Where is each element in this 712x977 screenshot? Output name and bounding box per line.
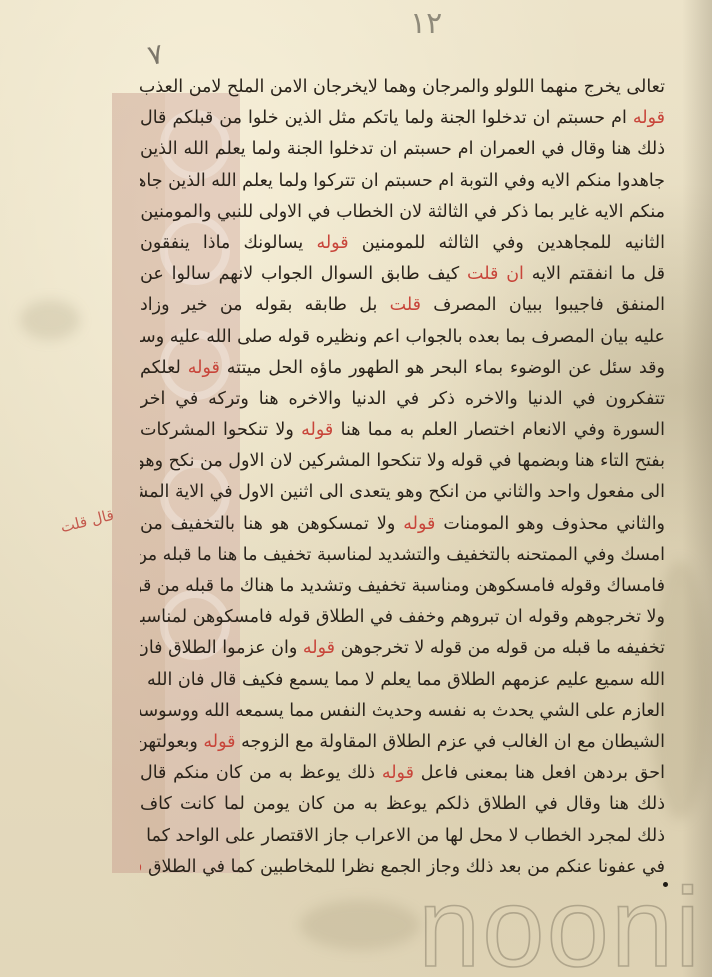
text-line: تخفيفه ما قبله من قوله من قوله لا تخرجوه… — [140, 633, 665, 664]
text-run: والثاني محذوف وهو المومنات — [435, 514, 665, 534]
text-run: العازم على الشي يحدث به نفسه وحديث النفس… — [140, 701, 665, 721]
text-run: تتفكرون في الدنيا والاخره ذكر في الدنيا … — [140, 389, 665, 409]
text-run: جاهدوا منكم الايه وفي التوبة ام حسبتم ان… — [140, 171, 665, 191]
rubric-word: قوله — [382, 763, 414, 783]
text-run: الشيطان مع ان الغالب في عزم الطلاق المقا… — [236, 732, 665, 752]
text-line: والثاني محذوف وهو المومنات قوله ولا تمسك… — [140, 509, 665, 540]
rubric-word: قوله — [633, 108, 665, 128]
text-line: ذلك هنا وقال في الطلاق ذلكم يوعظ به من ك… — [140, 789, 665, 820]
text-line: العازم على الشي يحدث به نفسه وحديث النفس… — [140, 696, 665, 727]
text-run: وبعولتهن — [140, 732, 203, 752]
text-run: ولا تمسكوهن هو هنا بالتخفيف من — [140, 514, 403, 534]
text-run: بل طابقه بقوله من خير وزاد — [140, 295, 390, 315]
text-run: الثانيه للمجاهدين وفي الثالثه للمومنين — [349, 233, 665, 253]
folio-number: ١٢ — [410, 6, 442, 41]
text-line: جاهدوا منكم الايه وفي التوبة ام حسبتم ان… — [140, 166, 665, 197]
text-run: تعالى يخرج منهما اللولو والمرجان وهما لا… — [140, 77, 665, 97]
manuscript-text: تعالى يخرج منهما اللولو والمرجان وهما لا… — [140, 72, 665, 883]
text-run: ولا تنكحوا المشركات — [140, 420, 301, 440]
text-line: بفتح التاء هنا وبضمها في قوله ولا تنكحوا… — [140, 446, 665, 477]
rubric-word: قوله — [301, 420, 333, 440]
text-run: منكم الايه غاير بما ذكر في الثالثة لان ا… — [140, 202, 665, 222]
text-run: وان عزموا الطلاق فان — [140, 638, 303, 658]
text-line: تتفكرون في الدنيا والاخره ذكر في الدنيا … — [140, 384, 665, 415]
text-line: وقد سئل عن الوضوء بماء البحر هو الطهور م… — [140, 353, 665, 384]
text-run: بفتح التاء هنا وبضمها في قوله ولا تنكحوا… — [140, 451, 665, 471]
text-run: الى مفعول واحد والثاني من انكح وهو يتعدى… — [140, 482, 665, 502]
rubric-word: قوله — [188, 358, 220, 378]
manuscript-page: ١٢ ٧ تعالى يخرج منهما اللولو والمرجان وه… — [0, 0, 712, 977]
text-run: كيف طابق السوال الجواب لانهم سالوا عن — [140, 264, 467, 284]
text-line: منكم الايه غاير بما ذكر في الثالثة لان ا… — [140, 197, 665, 228]
rubric-word: ان قلت — [467, 264, 524, 284]
text-run: فامساك وقوله فامسكوهن ومناسبة تخفيف وتشد… — [140, 576, 665, 596]
publisher-watermark: nooni — [418, 872, 702, 977]
text-run: امسك وفي الممتحنه بالتخفيف والتشديد لمنا… — [140, 545, 665, 565]
text-run: ذلك لمجرد الخطاب لا محل لها من الاعراب ج… — [140, 826, 665, 846]
text-run: عليه بيان المصرف بما بعده بالجواب اعم ون… — [140, 327, 665, 347]
text-run: السورة وفي الانعام اختصار العلم به مما ه… — [333, 420, 665, 440]
text-line: ذلك لمجرد الخطاب لا محل لها من الاعراب ج… — [140, 821, 665, 852]
text-run: ذلك يوعظ به من كان منكم قال — [140, 763, 382, 783]
text-run: ام حسبتم ان تدخلوا الجنة ولما ياتكم مثل … — [140, 108, 633, 128]
text-line: تعالى يخرج منهما اللولو والمرجان وهما لا… — [140, 72, 665, 103]
rubric-word: قوله — [203, 732, 235, 752]
text-line: السورة وفي الانعام اختصار العلم به مما ه… — [140, 415, 665, 446]
text-line: قوله ام حسبتم ان تدخلوا الجنة ولما ياتكم… — [140, 103, 665, 134]
text-run: ولا تخرجوهم وقوله ان تبروهم وخفف في الطل… — [140, 607, 665, 627]
text-line: ذلك هنا وقال في العمران ام حسبتم ان تدخل… — [140, 134, 665, 165]
text-run: ذلك هنا وقال في الطلاق ذلكم يوعظ به من ك… — [140, 794, 665, 814]
corner-mark: ٧ — [145, 37, 167, 72]
rubric-word: قوله — [303, 638, 335, 658]
margin-note: قال قلت — [59, 506, 116, 537]
text-line: الشيطان مع ان الغالب في عزم الطلاق المقا… — [140, 727, 665, 758]
text-line: ولا تخرجوهم وقوله ان تبروهم وخفف في الطل… — [140, 602, 665, 633]
rubric-word: قوله — [403, 514, 435, 534]
text-run: يسالونك ماذا ينفقون — [140, 233, 316, 253]
text-line: المنفق فاجيبوا ببيان المصرف قلت بل طابقه… — [140, 290, 665, 321]
text-line: احق بردهن افعل هنا بمعنى فاعل قوله ذلك ي… — [140, 758, 665, 789]
text-run: الله سميع عليم عزمهم الطلاق مما يعلم لا … — [140, 670, 665, 690]
paper-stain — [20, 300, 80, 340]
page-edge-shadow — [682, 0, 712, 977]
text-line: الثانيه للمجاهدين وفي الثالثه للمومنين ق… — [140, 228, 665, 259]
text-line: الى مفعول واحد والثاني من انكح وهو يتعدى… — [140, 477, 665, 508]
text-line: قل ما انفقتم الايه ان قلت كيف طابق السوا… — [140, 259, 665, 290]
paper-stain — [300, 900, 420, 950]
text-line: امسك وفي الممتحنه بالتخفيف والتشديد لمنا… — [140, 540, 665, 571]
text-run: احق بردهن افعل هنا بمعنى فاعل — [414, 763, 665, 783]
text-line: فامساك وقوله فامسكوهن ومناسبة تخفيف وتشد… — [140, 571, 665, 602]
text-line: الله سميع عليم عزمهم الطلاق مما يعلم لا … — [140, 665, 665, 696]
text-run: لعلكم — [140, 358, 188, 378]
text-run: ذلك هنا وقال في العمران ام حسبتم ان تدخل… — [140, 139, 665, 159]
text-line: عليه بيان المصرف بما بعده بالجواب اعم ون… — [140, 322, 665, 353]
text-run: المنفق فاجيبوا ببيان المصرف — [421, 295, 665, 315]
text-run: وقد سئل عن الوضوء بماء البحر هو الطهور م… — [220, 358, 665, 378]
text-run: قل ما انفقتم الايه — [524, 264, 665, 284]
text-run: تخفيفه ما قبله من قوله من قوله لا تخرجوه… — [335, 638, 665, 658]
rubric-word: قلت — [390, 295, 421, 315]
rubric-word: قوله — [316, 233, 348, 253]
